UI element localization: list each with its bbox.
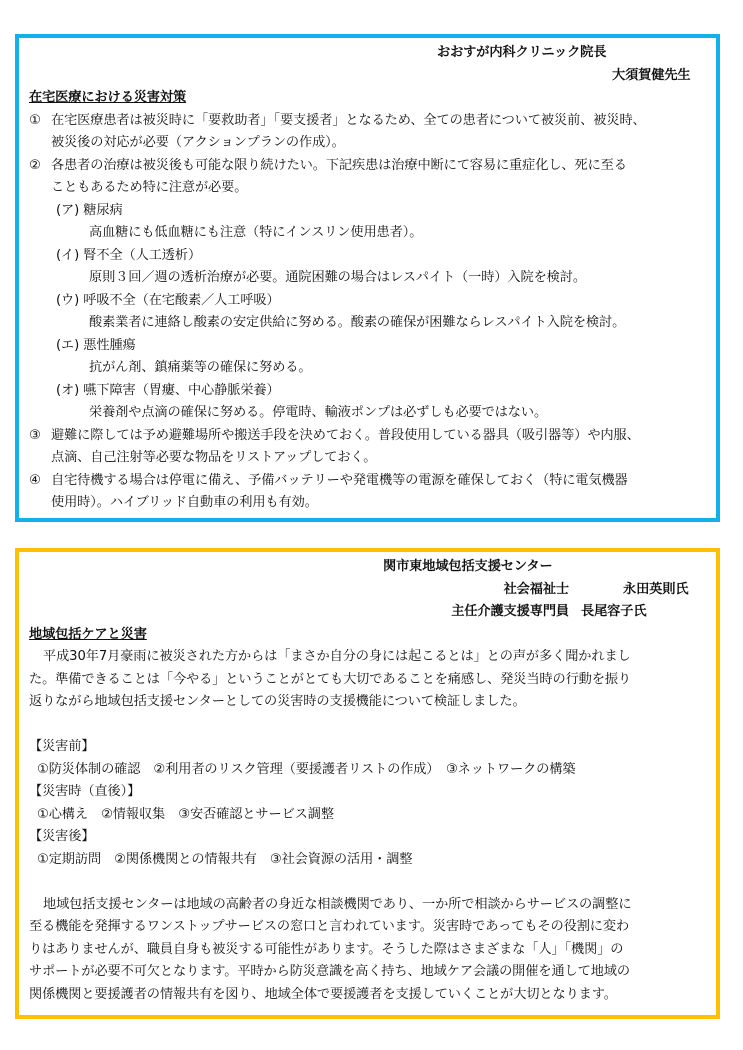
phase-items: ①心構え ②情報収集 ③安否確認とサービス調整 xyxy=(29,804,706,827)
numbered-item-2: ② 各患者の治療は被災後も可能な限り続けたい。下記疾患は治療中断にて容易に重症化… xyxy=(29,155,706,425)
item-number: ② xyxy=(29,155,51,178)
paragraph-line: 至る機能を発揮するワンストップサービスの窓口と言われています。災害時であってもそ… xyxy=(29,916,706,939)
section-heading: 地域包括ケアと災害 xyxy=(29,624,706,647)
sub-item-body: 原則３回／週の透析治療が必要。通院困難の場合はレスパイト（一時）入院を検討。 xyxy=(29,267,706,290)
item-text: 避難に際しては予め避難場所や搬送手段を決めておく。普段使用している器具（吸引器等… xyxy=(51,425,640,448)
author-role: 主任介護支援専門員 xyxy=(383,601,569,624)
sub-item-dysphagia: (オ) 嚥下障害（胃瘻、中心静脈栄養） 栄養剤や点滴の確保に努める。停電時、輸液… xyxy=(29,380,706,425)
item-text: こともあるため特に注意が必要。 xyxy=(29,177,706,200)
paragraph-line: 返りながら地域包括支援センターとしての災害時の支援機能について検証しました。 xyxy=(29,691,706,714)
author-row: 社会福祉士 永田英則氏 xyxy=(29,579,706,602)
item-number: ③ xyxy=(29,425,51,448)
phase-title: 【災害時（直後）】 xyxy=(29,781,706,804)
author-name: 大須賀健先生 xyxy=(29,65,706,88)
item-number: ① xyxy=(29,110,51,133)
sub-item-label: (エ) 悪性腫瘍 xyxy=(29,335,706,358)
sub-item-respiratory-failure: (ウ) 呼吸不全（在宅酸素／人工呼吸） 酸素業者に連絡し酸素の安定供給に努める。… xyxy=(29,290,706,335)
paragraph-line: サポートが必要不可欠となります。平時から防災意識を高く持ち、地域ケア会議の開催を… xyxy=(29,961,706,984)
sub-item-body: 抗がん剤、鎮痛薬等の確保に努める。 xyxy=(29,357,706,380)
sub-item-body: 酸素業者に連絡し酸素の安定供給に努める。酸素の確保が困難ならレスパイト入院を検討… xyxy=(29,312,706,335)
spacer xyxy=(29,871,706,894)
paragraph-line: 平成30年7月豪雨に被災された方からは「まさか自分の身には起こるとは」との声が多… xyxy=(29,646,706,669)
sub-item-label: (オ) 嚥下障害（胃瘻、中心静脈栄養） xyxy=(29,380,706,403)
spacer xyxy=(29,714,706,737)
closing-paragraph: 地域包括支援センターは地域の高齢者の身近な相談機関であり、一か所で相談からサービ… xyxy=(29,894,706,1007)
sub-item-label: (ア) 糖尿病 xyxy=(29,200,706,223)
numbered-item-1: ① 在宅医療患者は被災時に「要救助者」「要支援者」となるため、全ての患者について… xyxy=(29,110,706,155)
author-role: 社会福祉士 xyxy=(383,579,569,602)
community-care-disaster-box: 関市東地域包括支援センター 社会福祉士 永田英則氏 主任介護支援専門員 長尾容子… xyxy=(15,548,720,1019)
sub-item-label: (ウ) 呼吸不全（在宅酸素／人工呼吸） xyxy=(29,290,706,313)
item-text: 各患者の治療は被災後も可能な限り続けたい。下記疾患は治療中断にて容易に重症化し、… xyxy=(51,155,627,178)
item-text: 被災後の対応が必要（アクションプランの作成）。 xyxy=(29,132,706,155)
item-text: 使用時）。ハイブリッド自動車の利用も有効。 xyxy=(29,492,706,515)
item-number: ④ xyxy=(29,470,51,493)
phase-items: ①定期訪問 ②関係機関との情報共有 ③社会資源の活用・調整 xyxy=(29,849,706,872)
paragraph-line: 地域包括支援センターは地域の高齢者の身近な相談機関であり、一か所で相談からサービ… xyxy=(29,894,706,917)
phase-section-before: 【災害前】 ①防災体制の確認 ②利用者のリスク管理（要援護者リストの作成） ③ネ… xyxy=(29,736,706,781)
sub-item-renal-failure: (イ) 腎不全（人工透析） 原則３回／週の透析治療が必要。通院困難の場合はレスパ… xyxy=(29,245,706,290)
author-affiliation: おおすが内科クリニック院長 xyxy=(29,42,706,65)
phase-title: 【災害前】 xyxy=(29,736,706,759)
section-heading: 在宅医療における災害対策 xyxy=(29,87,706,110)
sub-item-body: 高血糖にも低血糖にも注意（特にインスリン使用患者）。 xyxy=(29,222,706,245)
numbered-item-3: ③ 避難に際しては予め避難場所や搬送手段を決めておく。普段使用している器具（吸引… xyxy=(29,425,706,470)
paragraph-line: 関係機関と要援護者の情報共有を図り、地域全体で要援護者を支援していくことが大切と… xyxy=(29,984,706,1007)
item-text: 在宅医療患者は被災時に「要救助者」「要支援者」となるため、全ての患者について被災… xyxy=(51,110,646,133)
item-text: 自宅待機する場合は停電に備え、予備バッテリーや発電機等の電源を確保しておく（特に… xyxy=(51,470,628,493)
home-medical-care-disaster-box: おおすが内科クリニック院長 大須賀健先生 在宅医療における災害対策 ① 在宅医療… xyxy=(15,34,720,522)
item-text: 点滴、自己注射等必要な物品をリストアップしておく。 xyxy=(29,447,706,470)
numbered-item-4: ④ 自宅待機する場合は停電に備え、予備バッテリーや発電機等の電源を確保しておく（… xyxy=(29,470,706,515)
paragraph-line: た。準備できることは「今やる」ということがとても大切であることを痛感し、発災当時… xyxy=(29,669,706,692)
sub-item-body: 栄養剤や点滴の確保に努める。停電時、輸液ポンプは必ずしも必要ではない。 xyxy=(29,402,706,425)
author-name: 長尾容子氏 xyxy=(569,601,646,624)
author-row: 主任介護支援専門員 長尾容子氏 xyxy=(29,601,706,624)
paragraph-line: りはありませんが、職員自身も被災する可能性があります。そうした際はさまざまな「人… xyxy=(29,939,706,962)
sub-item-diabetes: (ア) 糖尿病 高血糖にも低血糖にも注意（特にインスリン使用患者）。 xyxy=(29,200,706,245)
phase-items: ①防災体制の確認 ②利用者のリスク管理（要援護者リストの作成） ③ネットワークの… xyxy=(29,759,706,782)
author-name: 永田英則氏 xyxy=(569,579,688,602)
organization-name: 関市東地域包括支援センター xyxy=(29,556,706,579)
sub-item-malignant-tumor: (エ) 悪性腫瘍 抗がん剤、鎮痛薬等の確保に努める。 xyxy=(29,335,706,380)
intro-paragraph: 平成30年7月豪雨に被災された方からは「まさか自分の身には起こるとは」との声が多… xyxy=(29,646,706,714)
phase-section-during: 【災害時（直後）】 ①心構え ②情報収集 ③安否確認とサービス調整 xyxy=(29,781,706,826)
sub-item-label: (イ) 腎不全（人工透析） xyxy=(29,245,706,268)
phase-title: 【災害後】 xyxy=(29,826,706,849)
phase-section-after: 【災害後】 ①定期訪問 ②関係機関との情報共有 ③社会資源の活用・調整 xyxy=(29,826,706,871)
